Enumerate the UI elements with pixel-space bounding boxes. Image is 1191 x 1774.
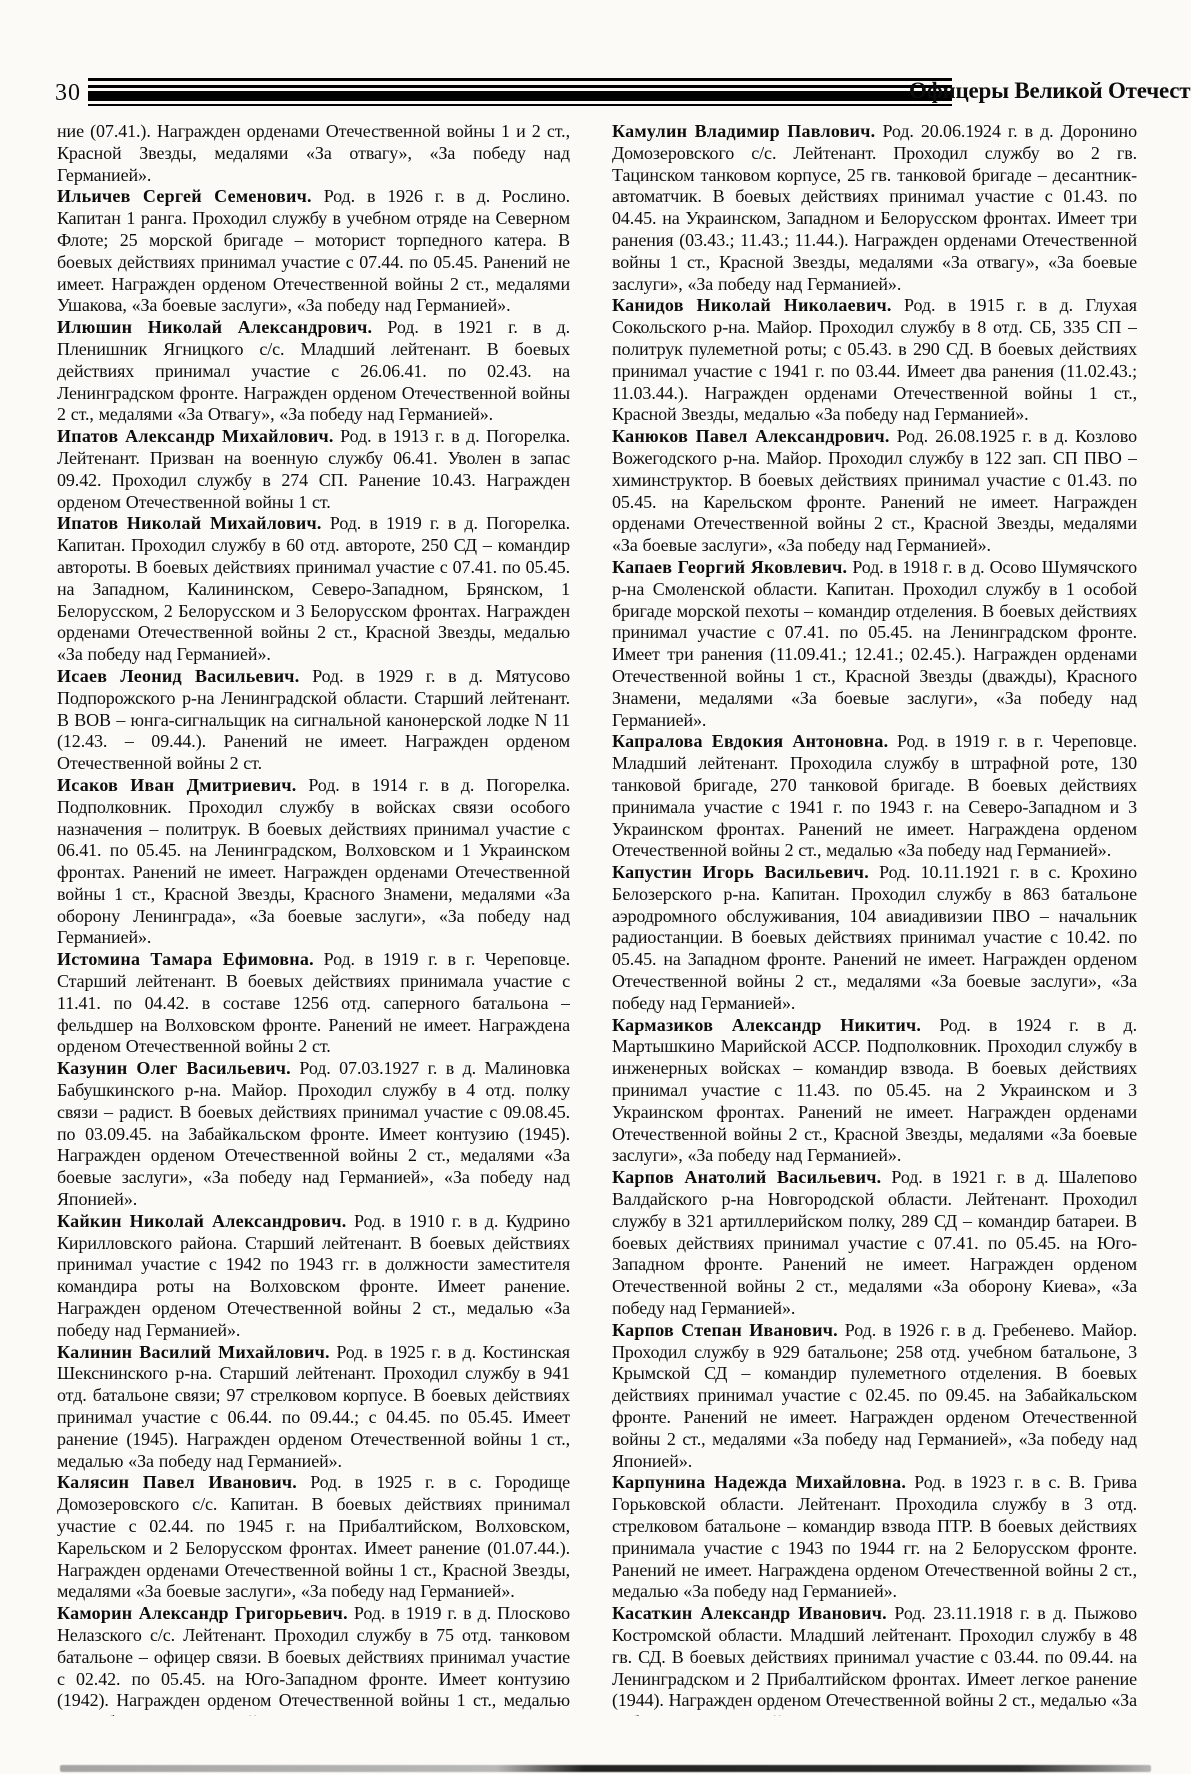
- left-column: ние (07.41.). Награжден орденами Отечест…: [57, 121, 570, 1716]
- officer-entry: Карпов Степан Иванович. Род. в 1926 г. в…: [612, 1320, 1137, 1473]
- book-page: 30 Офицеры Великой Отечественной... ние …: [0, 0, 1191, 1774]
- officer-text: Род. в 1926 г. в д. Гребенево. Майор. Пр…: [612, 1320, 1137, 1471]
- officer-entry: Капралова Евдокия Антоновна. Род. в 1919…: [612, 731, 1137, 862]
- officer-text: Род. в 1921 г. в д. Шалепово Валдайского…: [612, 1167, 1137, 1318]
- officer-text: Род. 10.11.1921 г. в с. Крохино Белозерс…: [612, 862, 1137, 1013]
- officer-text: Род. в 1914 г. в д. Погорелка. Подполков…: [57, 775, 570, 948]
- officer-entry: Ипатов Александр Михайлович. Род. в 1913…: [57, 426, 570, 513]
- officer-name: Карпунина Надежда Михайловна.: [612, 1472, 906, 1492]
- officer-name: Ипатов Николай Михайлович.: [57, 513, 322, 533]
- officer-text: Род. в 1918 г. в д. Осово Шумячского р-н…: [612, 557, 1137, 730]
- scan-artifact-bottom-edge: [60, 1765, 1151, 1772]
- officer-entry: Камулин Владимир Павлович. Род. 20.06.19…: [612, 121, 1137, 295]
- officer-entry: Ильичев Сергей Семенович. Род. в 1926 г.…: [57, 186, 570, 317]
- officer-name: Казунин Олег Васильевич.: [57, 1058, 291, 1078]
- officer-name: Кайкин Николай Александрович.: [57, 1211, 346, 1231]
- officer-name: Истомина Тамара Ефимовна.: [57, 949, 314, 969]
- officer-entry: Капустин Игорь Васильевич. Род. 10.11.19…: [612, 862, 1137, 1015]
- officer-name: Ильичев Сергей Семенович.: [57, 186, 312, 206]
- officer-name: Каморин Александр Григорьевич.: [57, 1603, 348, 1623]
- officer-text: Род. в 1919 г. в д. Погорелка. Капитан. …: [57, 513, 570, 664]
- officer-name: Капустин Игорь Васильевич.: [612, 862, 869, 882]
- continuation-text: ние (07.41.). Награжден орденами Отечест…: [57, 121, 570, 185]
- officer-name: Карпов Степан Иванович.: [612, 1320, 838, 1340]
- officer-name: Калясин Павел Иванович.: [57, 1472, 297, 1492]
- officer-name: Илюшин Николай Александрович.: [57, 317, 372, 337]
- officer-name: Калинин Василий Михайлович.: [57, 1342, 330, 1362]
- officer-name: Карпов Анатолий Васильевич.: [612, 1167, 881, 1187]
- officer-entry: Ипатов Николай Михайлович. Род. в 1919 г…: [57, 513, 570, 666]
- officer-entry: Канидов Николай Николаевич. Род. в 1915 …: [612, 295, 1137, 426]
- officer-entry: Карпунина Надежда Михайловна. Род. в 192…: [612, 1472, 1137, 1603]
- page-number: 30: [55, 80, 81, 107]
- officer-entry: Истомина Тамара Ефимовна. Род. в 1919 г.…: [57, 949, 570, 1058]
- officer-entry: Капаев Георгий Яковлевич. Род. в 1918 г.…: [612, 557, 1137, 731]
- continuation-paragraph: ние (07.41.). Награжден орденами Отечест…: [57, 121, 570, 186]
- officer-name: Капралова Евдокия Антоновна.: [612, 731, 888, 751]
- officer-entry: Касаткин Александр Иванович. Род. 23.11.…: [612, 1603, 1137, 1716]
- officer-entry: Исаков Иван Дмитриевич. Род. в 1914 г. в…: [57, 775, 570, 949]
- officer-entry: Калясин Павел Иванович. Род. в 1925 г. в…: [57, 1472, 570, 1603]
- officer-text: Род. 20.06.1924 г. в д. Доронино Домозер…: [612, 121, 1137, 294]
- running-title: Офицеры Великой Отечественной...: [909, 78, 1139, 104]
- officer-name: Канюков Павел Александрович.: [612, 426, 890, 446]
- right-column: Камулин Владимир Павлович. Род. 20.06.19…: [612, 121, 1137, 1716]
- officer-name: Ипатов Александр Михайлович.: [57, 426, 334, 446]
- officer-name: Касаткин Александр Иванович.: [612, 1603, 887, 1623]
- officer-entry: Казунин Олег Васильевич. Род. 07.03.1927…: [57, 1058, 570, 1211]
- officer-name: Исаев Леонид Васильевич.: [57, 666, 299, 686]
- officer-entry: Исаев Леонид Васильевич. Род. в 1929 г. …: [57, 666, 570, 775]
- officer-entry: Кайкин Николай Александрович. Род. в 191…: [57, 1211, 570, 1342]
- officer-text: Род. 07.03.1927 г. в д. Малиновка Бабушк…: [57, 1058, 570, 1209]
- officer-name: Исаков Иван Дмитриевич.: [57, 775, 297, 795]
- officer-entry: Калинин Василий Михайлович. Род. в 1925 …: [57, 1342, 570, 1473]
- officer-name: Кармазиков Александр Никитич.: [612, 1015, 921, 1035]
- officer-entry: Канюков Павел Александрович. Род. 26.08.…: [612, 426, 1137, 557]
- officer-name: Камулин Владимир Павлович.: [612, 121, 875, 141]
- officer-entry: Каморин Александр Григорьевич. Род. в 19…: [57, 1603, 570, 1716]
- officer-text: Род. в 1924 г. в д. Мартышкино Марийской…: [612, 1015, 1137, 1166]
- officer-entry: Карпов Анатолий Васильевич. Род. в 1921 …: [612, 1167, 1137, 1320]
- header-rule: [88, 77, 952, 109]
- officer-entry: Илюшин Николай Александрович. Род. в 192…: [57, 317, 570, 426]
- officer-entry: Кармазиков Александр Никитич. Род. в 192…: [612, 1015, 1137, 1168]
- officer-name: Канидов Николай Николаевич.: [612, 295, 892, 315]
- officer-name: Капаев Георгий Яковлевич.: [612, 557, 847, 577]
